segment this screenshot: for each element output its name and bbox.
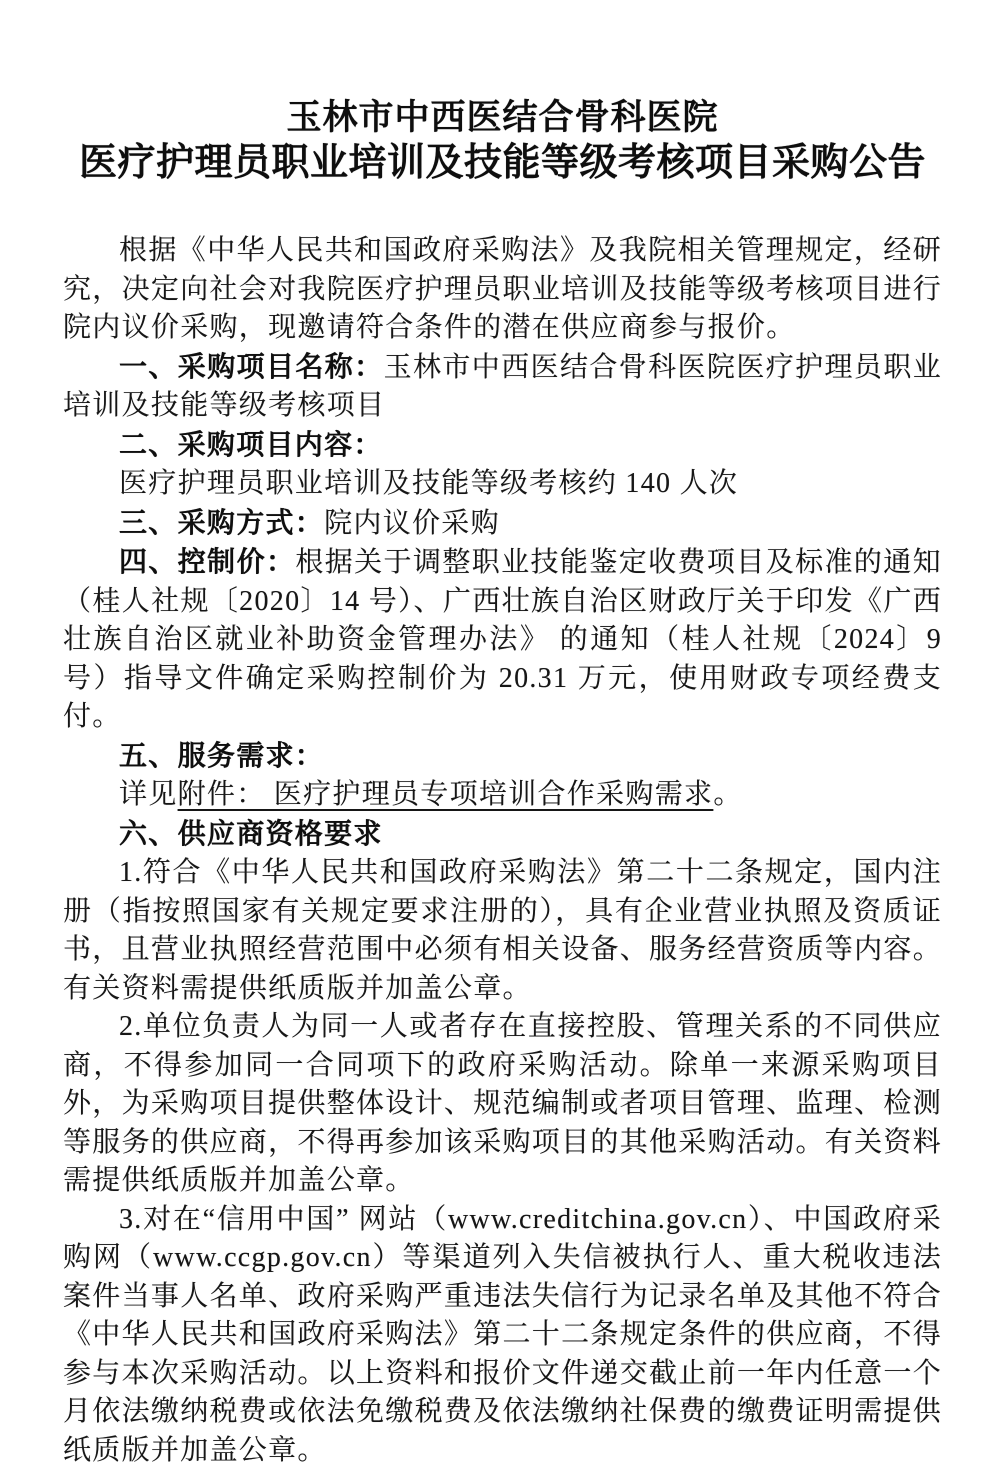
section-4-control-price: 四、控制价：根据关于调整职业技能鉴定收费项目及标准的通知（桂人社规〔2020〕1… — [63, 543, 942, 737]
section-2-header: 二、采购项目内容： — [63, 426, 942, 466]
section-1-project-name: 一、采购项目名称：玉林市中西医结合骨科医院医疗护理员职业培训及技能等级考核项目 — [63, 348, 942, 426]
section-1-label: 一、采购项目名称： — [119, 351, 384, 382]
section-5-suffix: 。 — [713, 779, 742, 810]
section-5-content: 详见附件： 医疗护理员专项培训合作采购需求。 — [63, 776, 942, 815]
supplier-requirement-3: 3.对在“信用中国” 网站（www.creditchina.gov.cn）、中国… — [63, 1201, 942, 1471]
section-3-procurement-method: 三、采购方式：院内议价采购 — [63, 504, 942, 544]
supplier-requirement-2: 2.单位负责人为同一人或者存在直接控股、管理关系的不同供应商，不得参加同一合同项… — [63, 1008, 942, 1201]
requirement-3-text: 3.对在“信用中国” 网站（www.creditchina.gov.cn）、中国… — [63, 1204, 942, 1466]
section-5-header: 五、服务需求： — [63, 737, 942, 777]
supplier-requirement-1: 1.符合《中华人民共和国政府采购法》第二十二条规定，国内注册（指按照国家有关规定… — [63, 854, 942, 1008]
section-3-label: 三、采购方式： — [119, 507, 324, 538]
intro-paragraph: 根据《中华人民共和国政府采购法》及我院相关管理规定，经研究，决定向社会对我院医疗… — [63, 232, 942, 348]
title-line-1: 玉林市中西医结合骨科医院 — [63, 96, 942, 140]
section-2-content-text: 医疗护理员职业培训及技能等级考核约 140 人次 — [119, 468, 738, 499]
document-body: 根据《中华人民共和国政府采购法》及我院相关管理规定，经研究，决定向社会对我院医疗… — [63, 232, 942, 1470]
section-6-label: 六、供应商资格要求 — [119, 818, 383, 849]
section-4-label: 四、控制价： — [119, 546, 295, 577]
requirement-2-text: 2.单位负责人为同一人或者存在直接控股、管理关系的不同供应商，不得参加同一合同项… — [63, 1011, 942, 1196]
section-5-prefix: 详见 — [119, 779, 178, 810]
document-title: 玉林市中西医结合骨科医院 医疗护理员职业培训及技能等级考核项目采购公告 — [63, 96, 942, 186]
requirement-1-text: 1.符合《中华人民共和国政府采购法》第二十二条规定，国内注册（指按照国家有关规定… — [63, 857, 942, 1004]
section-2-content: 医疗护理员职业培训及技能等级考核约 140 人次 — [63, 465, 942, 504]
intro-text: 根据《中华人民共和国政府采购法》及我院相关管理规定，经研究，决定向社会对我院医疗… — [63, 235, 942, 343]
section-6-header: 六、供应商资格要求 — [63, 815, 942, 855]
section-2-label: 二、采购项目内容： — [119, 429, 383, 460]
section-3-text: 院内议价采购 — [324, 508, 500, 539]
scanned-document-page: 玉林市中西医结合骨科医院 医疗护理员职业培训及技能等级考核项目采购公告 根据《中… — [0, 0, 1000, 1472]
section-5-label: 五、服务需求： — [119, 740, 324, 771]
title-line-2: 医疗护理员职业培训及技能等级考核项目采购公告 — [63, 140, 942, 186]
attachment-reference: 附件： 医疗护理员专项培训合作采购需求 — [178, 779, 714, 810]
